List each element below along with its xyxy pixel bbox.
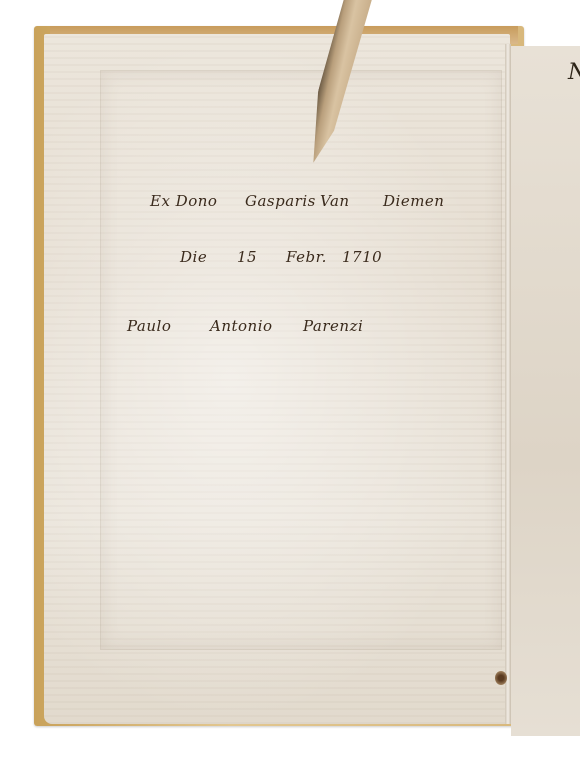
inscription-word: 15	[237, 248, 257, 266]
inscription-word: Parenzi	[303, 317, 363, 335]
plate-impression	[100, 70, 502, 650]
inscription-word: Die	[180, 248, 207, 266]
inscription-word: 1710	[342, 248, 382, 266]
inscription-word: Antonio	[210, 317, 273, 335]
inscription-word: Febr.	[286, 248, 327, 266]
inscription-word: Diemen	[383, 192, 444, 210]
book-photo: N Ex Dono Gasparis Van Diemen Die 15 Feb…	[0, 0, 580, 768]
inscription-word: Ex Dono	[150, 192, 217, 210]
facing-page	[511, 46, 580, 736]
stitch-hole	[495, 671, 507, 685]
corner-mark: N	[568, 60, 580, 85]
inscription-word: Gasparis	[245, 192, 316, 210]
inscription-word: Van	[320, 192, 350, 210]
inscription-word: Paulo	[127, 317, 171, 335]
